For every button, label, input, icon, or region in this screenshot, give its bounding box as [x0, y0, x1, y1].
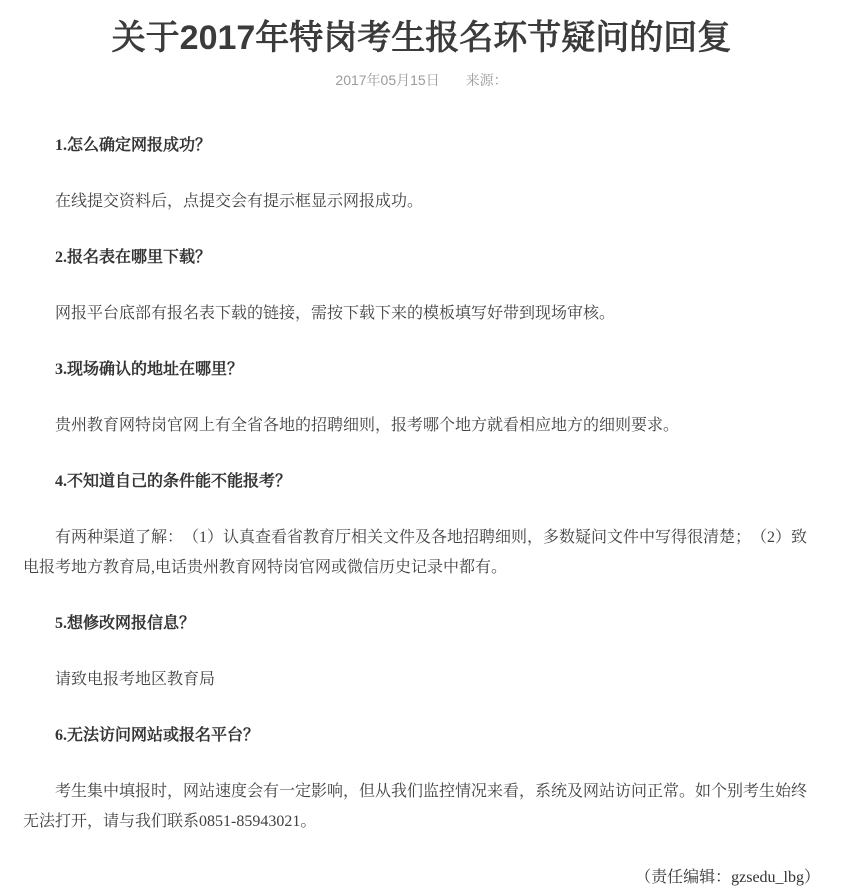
answer-paragraph: 在线提交资料后，点提交会有提示框显示网报成功。: [23, 187, 820, 217]
publish-date: 2017年05月15日: [335, 72, 439, 88]
editor-footer: （责任编辑：gzsedu_lbg）: [23, 863, 820, 893]
question-heading: 3.现场确认的地址在哪里？: [23, 355, 820, 385]
answer-paragraph: 请致电报考地区教育局: [23, 665, 820, 695]
source-label: 来源：: [466, 72, 508, 88]
question-heading: 2.报名表在哪里下载？: [23, 243, 820, 273]
qa-section: 1.怎么确定网报成功？ 在线提交资料后，点提交会有提示框显示网报成功。: [23, 131, 820, 217]
article-content: 1.怎么确定网报成功？ 在线提交资料后，点提交会有提示框显示网报成功。 2.报名…: [23, 131, 820, 837]
qa-section: 5.想修改网报信息？ 请致电报考地区教育局: [23, 609, 820, 695]
article-page: 关于2017年特岗考生报名环节疑问的回复 2017年05月15日 来源： 1.怎…: [0, 0, 841, 894]
meta-line: 2017年05月15日 来源：: [23, 70, 820, 90]
qa-section: 4.不知道自己的条件能不能报考？ 有两种渠道了解： （1）认真查看省教育厅相关文…: [23, 467, 820, 583]
qa-section: 2.报名表在哪里下载？ 网报平台底部有报名表下载的链接，需按下载下来的模板填写好…: [23, 243, 820, 329]
question-heading: 6.无法访问网站或报名平台？: [23, 721, 820, 751]
qa-section: 6.无法访问网站或报名平台？ 考生集中填报时，网站速度会有一定影响，但从我们监控…: [23, 721, 820, 837]
answer-paragraph: 贵州教育网特岗官网上有全省各地的招聘细则，报考哪个地方就看相应地方的细则要求。: [23, 411, 820, 441]
answer-paragraph: 网报平台底部有报名表下载的链接，需按下载下来的模板填写好带到现场审核。: [23, 299, 820, 329]
page-title: 关于2017年特岗考生报名环节疑问的回复: [23, 14, 820, 62]
answer-paragraph: 考生集中填报时，网站速度会有一定影响，但从我们监控情况来看，系统及网站访问正常。…: [23, 777, 820, 837]
question-heading: 4.不知道自己的条件能不能报考？: [23, 467, 820, 497]
answer-paragraph: 有两种渠道了解： （1）认真查看省教育厅相关文件及各地招聘细则，多数疑问文件中写…: [23, 523, 820, 583]
qa-section: 3.现场确认的地址在哪里？ 贵州教育网特岗官网上有全省各地的招聘细则，报考哪个地…: [23, 355, 820, 441]
question-heading: 5.想修改网报信息？: [23, 609, 820, 639]
editor-credit: （责任编辑：gzsedu_lbg）: [635, 869, 820, 886]
question-heading: 1.怎么确定网报成功？: [23, 131, 820, 161]
